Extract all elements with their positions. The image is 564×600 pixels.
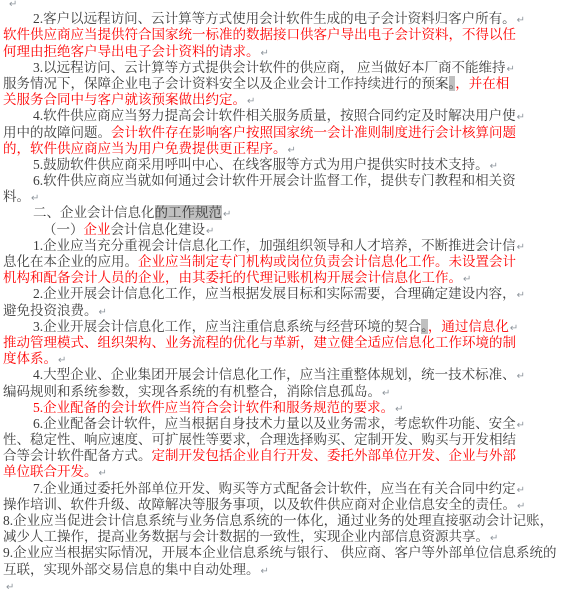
text-segment: 服务情况下，保障企业电子会计资料安全以及企业会计工作持续进行的预案 — [3, 76, 449, 91]
text-segment: 性、稳定性、响应速度、可扩展性等要求，合理选择购买、定制开发、购买与开发相结 — [3, 432, 516, 447]
revision-text-segment: 单位联合开发。 — [3, 464, 98, 479]
text-segment: 用中的故障问题。 — [3, 125, 111, 140]
text-segment: 操作培训、软件升级、故障解决等服务事项，以及软件供应商对企业信息安全的责任。 — [3, 497, 516, 512]
paragraph-mark-icon: ↵ — [261, 48, 269, 59]
paragraph-mark-icon: ↵ — [490, 161, 498, 172]
text-segment: 3.企业开展会计信息化工作，应当注重信息系统与经营环境的契合 — [33, 319, 421, 334]
text-line: 5.鼓励软件供应商采用呼叫中心、在线客服等方式为用户提供实时技术支持。↵ — [3, 157, 564, 173]
text-line: 6.企业配备会计软件，应当根据自身技术力量以及业务需求，考虑软件功能、安全↵ — [3, 416, 564, 432]
text-line: （一）企业会计信息化建设↵ — [3, 222, 564, 238]
text-line: 机构和配备会计人员的企业，由其委托的代理记账机构开展会计信息化工作。↵ — [3, 270, 564, 286]
text-line: 避免投资浪费。↵ — [3, 303, 564, 319]
paragraph-mark-icon: ↵ — [6, 582, 14, 593]
paragraph-mark-icon: ↵ — [507, 64, 515, 75]
paragraph-mark-icon: ↵ — [517, 290, 525, 301]
text-line: 3.企业开展会计信息化工作，应当注重信息系统与经营环境的契合。，通过信息化↵ — [3, 319, 564, 335]
text-line: 用中的故障问题。会计软件存在影响客户按照国家统一会计准则制度进行会计核算问题 — [3, 125, 564, 141]
text-line: 编码规则和系统参数，实现各系统的有机整合，消除信息孤岛。↵ — [3, 384, 564, 400]
text-segment: 4.软件供应商应当努力提高会计软件相关服务质量，按照合同约定及时解决用户使 — [33, 108, 516, 123]
revision-text-segment: 何理由拒绝客户导出电子会计资料的请求。 — [3, 44, 260, 59]
paragraph-mark-icon: ↵ — [99, 468, 107, 479]
revision-text-segment: 的，软件供应商应当为用户免费提供更正程序。 — [3, 141, 287, 156]
paragraph-mark-icon: ↵ — [517, 371, 525, 382]
paragraph-mark-icon: ↵ — [261, 566, 269, 577]
document-page[interactable]: ↵2.客户以远程访问、云计算等方式使用会计软件生成的电子会计资料归客户所有。↵软… — [0, 0, 564, 600]
text-line: 性、稳定性、响应速度、可扩展性等要求，合理选择购买、定制开发、购买与开发相结 — [3, 432, 564, 448]
text-line: 5.企业配备的会计软件应当符合会计软件和服务规范的要求。↵ — [3, 400, 564, 416]
text-segment: 9.企业应当根据实际情况，开展本企业信息系统与银行、 供应商、客户等外部单位信息… — [3, 545, 557, 560]
text-line: 1.企业应当充分重视会计信息化工作，加强组织领导和人才培养，不断推进会计信↵ — [3, 238, 564, 254]
paragraph-mark-icon: ↵ — [31, 193, 39, 204]
revision-text-segment: 企业 — [84, 222, 111, 237]
revision-text-segment: 企业应当制定专门机构或岗位负责会计信息化工作。未设置会计 — [138, 254, 516, 269]
text-segment: 1.企业应当充分重视会计信息化工作，加强组织领导和人才培养，不断推进会计信 — [33, 238, 516, 253]
text-segment: 避免投资浪费。 — [3, 303, 98, 318]
text-line: 二、企业会计信息化的工作规范↵ — [3, 205, 564, 221]
paragraph-mark-icon: ↵ — [517, 112, 525, 123]
text-line: 减少人工操作，提高业务数据与会计数据的一致性，实现企业内部信息资源共享。↵ — [3, 529, 564, 545]
paragraph-mark-icon: ↵ — [58, 355, 66, 366]
paragraph-mark-icon: ↵ — [9, 0, 17, 10]
text-segment: 6.软件供应商应当就如何通过会计软件开展会计监督工作，提供专门教程和相关资 — [33, 173, 516, 188]
text-segment: （一） — [43, 222, 84, 237]
revision-text-segment: 度体系。 — [3, 351, 57, 366]
text-line: 操作培训、软件升级、故障解决等服务事项，以及软件供应商对企业信息安全的责任。↵ — [3, 497, 564, 513]
text-line: 8.企业应当促进会计信息系统与业务信息系统的一体化，通过业务的处理直接驱动会计记… — [3, 513, 564, 529]
text-segment: 6.企业配备会计软件，应当根据自身技术力量以及业务需求，考虑软件功能、安全 — [33, 416, 516, 431]
paragraph-mark-icon: ↵ — [517, 420, 525, 431]
text-line: 7.企业通过委托外部单位开发、购买等方式配备会计软件，应当在有关合同中约定↵ — [3, 481, 564, 497]
paragraph-mark-icon: ↵ — [517, 485, 525, 496]
text-line: 4.软件供应商应当努力提高会计软件相关服务质量，按照合同约定及时解决用户使↵ — [3, 108, 564, 124]
text-segment: 8.企业应当促进会计信息系统与业务信息系统的一体化，通过业务的处理直接驱动会计记… — [3, 513, 553, 528]
paragraph-mark-icon: ↵ — [517, 15, 525, 26]
text-line: 合等会计软件配备方式。定制开发包括企业自行开发、委托外部单位开发、企业与外部 — [3, 448, 564, 464]
text-segment: 料。 — [3, 189, 30, 204]
paragraph-mark-icon: ↵ — [288, 145, 296, 156]
paragraph-mark-icon: ↵ — [247, 96, 255, 107]
paragraph-mark-icon: ↵ — [517, 242, 525, 253]
revision-text-segment: ，通过信息化 — [428, 319, 509, 334]
text-line: 服务情况下，保障企业电子会计资料安全以及企业会计工作持续进行的预案。，并在相 — [3, 76, 564, 92]
revision-text-segment: 会计软件存在影响客户按照国家统一会计准则制度进行会计核算问题 — [111, 125, 516, 140]
text-segment: 2.企业开展会计信息化工作，应当根据发展目标和实际需要，合理确定建设内容， — [33, 286, 516, 301]
text-segment: 7.企业通过委托外部单位开发、购买等方式配备会计软件，应当在有关合同中约定 — [33, 481, 516, 496]
text-segment: 4.大型企业、企业集团开展会计信息化工作，应当注重整体规划，统一技术标准、 — [33, 367, 516, 382]
paragraph-mark-icon: ↵ — [395, 404, 403, 415]
text-segment: 2.客户以远程访问、云计算等方式使用会计软件生成的电子会计资料归客户所有。 — [33, 11, 516, 26]
text-line: ↵ — [3, 578, 564, 594]
text-line: 9.企业应当根据实际情况，开展本企业信息系统与银行、 供应商、客户等外部单位信息… — [3, 545, 564, 561]
paragraph-mark-icon: ↵ — [517, 501, 525, 512]
text-segment: 二、企业会计信息化 — [33, 205, 155, 220]
text-line: 息化在本企业的应用。企业应当制定专门机构或岗位负责会计信息化工作。未设置会计 — [3, 254, 564, 270]
text-segment: 5.鼓励软件供应商采用呼叫中心、在线客服等方式为用户提供实时技术支持。 — [33, 157, 489, 172]
paragraph-mark-icon: ↵ — [510, 323, 518, 334]
text-line: 3.以远程访问、云计算等方式提供会计软件的供应商， 应当做好本厂商不能维持↵ — [3, 60, 564, 76]
text-line: 2.企业开展会计信息化工作，应当根据发展目标和实际需要，合理确定建设内容，↵ — [3, 286, 564, 302]
text-line: 料。↵ — [3, 189, 564, 205]
highlighted-text: 。 — [421, 319, 428, 334]
text-line: 度体系。↵ — [3, 351, 564, 367]
paragraph-mark-icon: ↵ — [463, 274, 471, 285]
text-segment: 3.以远程访问、云计算等方式提供会计软件的供应商， 应当做好本厂商不能维持 — [33, 60, 506, 75]
paragraph-mark-icon: ↵ — [99, 307, 107, 318]
revision-text-segment: ，并在相 — [455, 76, 509, 91]
text-line: 6.软件供应商应当就如何通过会计软件开展会计监督工作，提供专门教程和相关资 — [3, 173, 564, 189]
text-line: 4.大型企业、企业集团开展会计信息化工作，应当注重整体规划，统一技术标准、↵ — [3, 367, 564, 383]
revision-text-segment: 定制开发包括企业自行开发、委托外部单位开发、企业与外部 — [152, 448, 517, 463]
text-segment: 会计信息化建设 — [111, 222, 206, 237]
text-line: 软件供应商应当提供符合国家统一标准的数据接口供客户导出电子会计资料，不得以任 — [3, 27, 564, 43]
text-segment: 息化在本企业的应用。 — [3, 254, 138, 269]
text-line: 2.客户以远程访问、云计算等方式使用会计软件生成的电子会计资料归客户所有。↵ — [3, 11, 564, 27]
text-line: 何理由拒绝客户导出电子会计资料的请求。↵ — [3, 44, 564, 60]
text-line: 单位联合开发。↵ — [3, 464, 564, 480]
paragraph-mark-icon: ↵ — [490, 533, 498, 544]
text-line: 互联，实现外部交易信息的集中自动处理。↵ — [3, 562, 564, 578]
revision-text-segment: 软件供应商应当提供符合国家统一标准的数据接口供客户导出电子会计资料，不得以任 — [3, 27, 516, 42]
text-line: 的，软件供应商应当为用户免费提供更正程序。↵ — [3, 141, 564, 157]
paragraph-mark-icon: ↵ — [382, 388, 390, 399]
paragraph-mark-icon: ↵ — [223, 209, 231, 220]
revision-text-segment: 5.企业配备的会计软件应当符合会计软件和服务规范的要求。 — [33, 400, 394, 415]
text-line: 关服务合同中与客户就该预案做出约定。↵ — [3, 92, 564, 108]
text-segment: 合等会计软件配备方式。 — [3, 448, 152, 463]
revision-text-segment: 机构和配备会计人员的企业，由其委托的代理记账机构开展会计信息化工作。 — [3, 270, 462, 285]
text-segment: 编码规则和系统参数，实现各系统的有机整合，消除信息孤岛。 — [3, 384, 381, 399]
text-segment: 互联，实现外部交易信息的集中自动处理。 — [3, 562, 260, 577]
text-line: ↵ — [3, 0, 564, 11]
text-segment: 减少人工操作，提高业务数据与会计数据的一致性，实现企业内部信息资源共享。 — [3, 529, 489, 544]
revision-text-segment: 推动管理模式、组织架构、业务流程的优化与革新，建立健全适应信息化工作环境的制 — [3, 335, 516, 350]
highlighted-text: 的工作规范 — [155, 205, 223, 220]
revision-text-segment: 关服务合同中与客户就该预案做出约定。 — [3, 92, 246, 107]
paragraph-mark-icon: ↵ — [206, 226, 214, 237]
text-line: 推动管理模式、组织架构、业务流程的优化与革新，建立健全适应信息化工作环境的制 — [3, 335, 564, 351]
